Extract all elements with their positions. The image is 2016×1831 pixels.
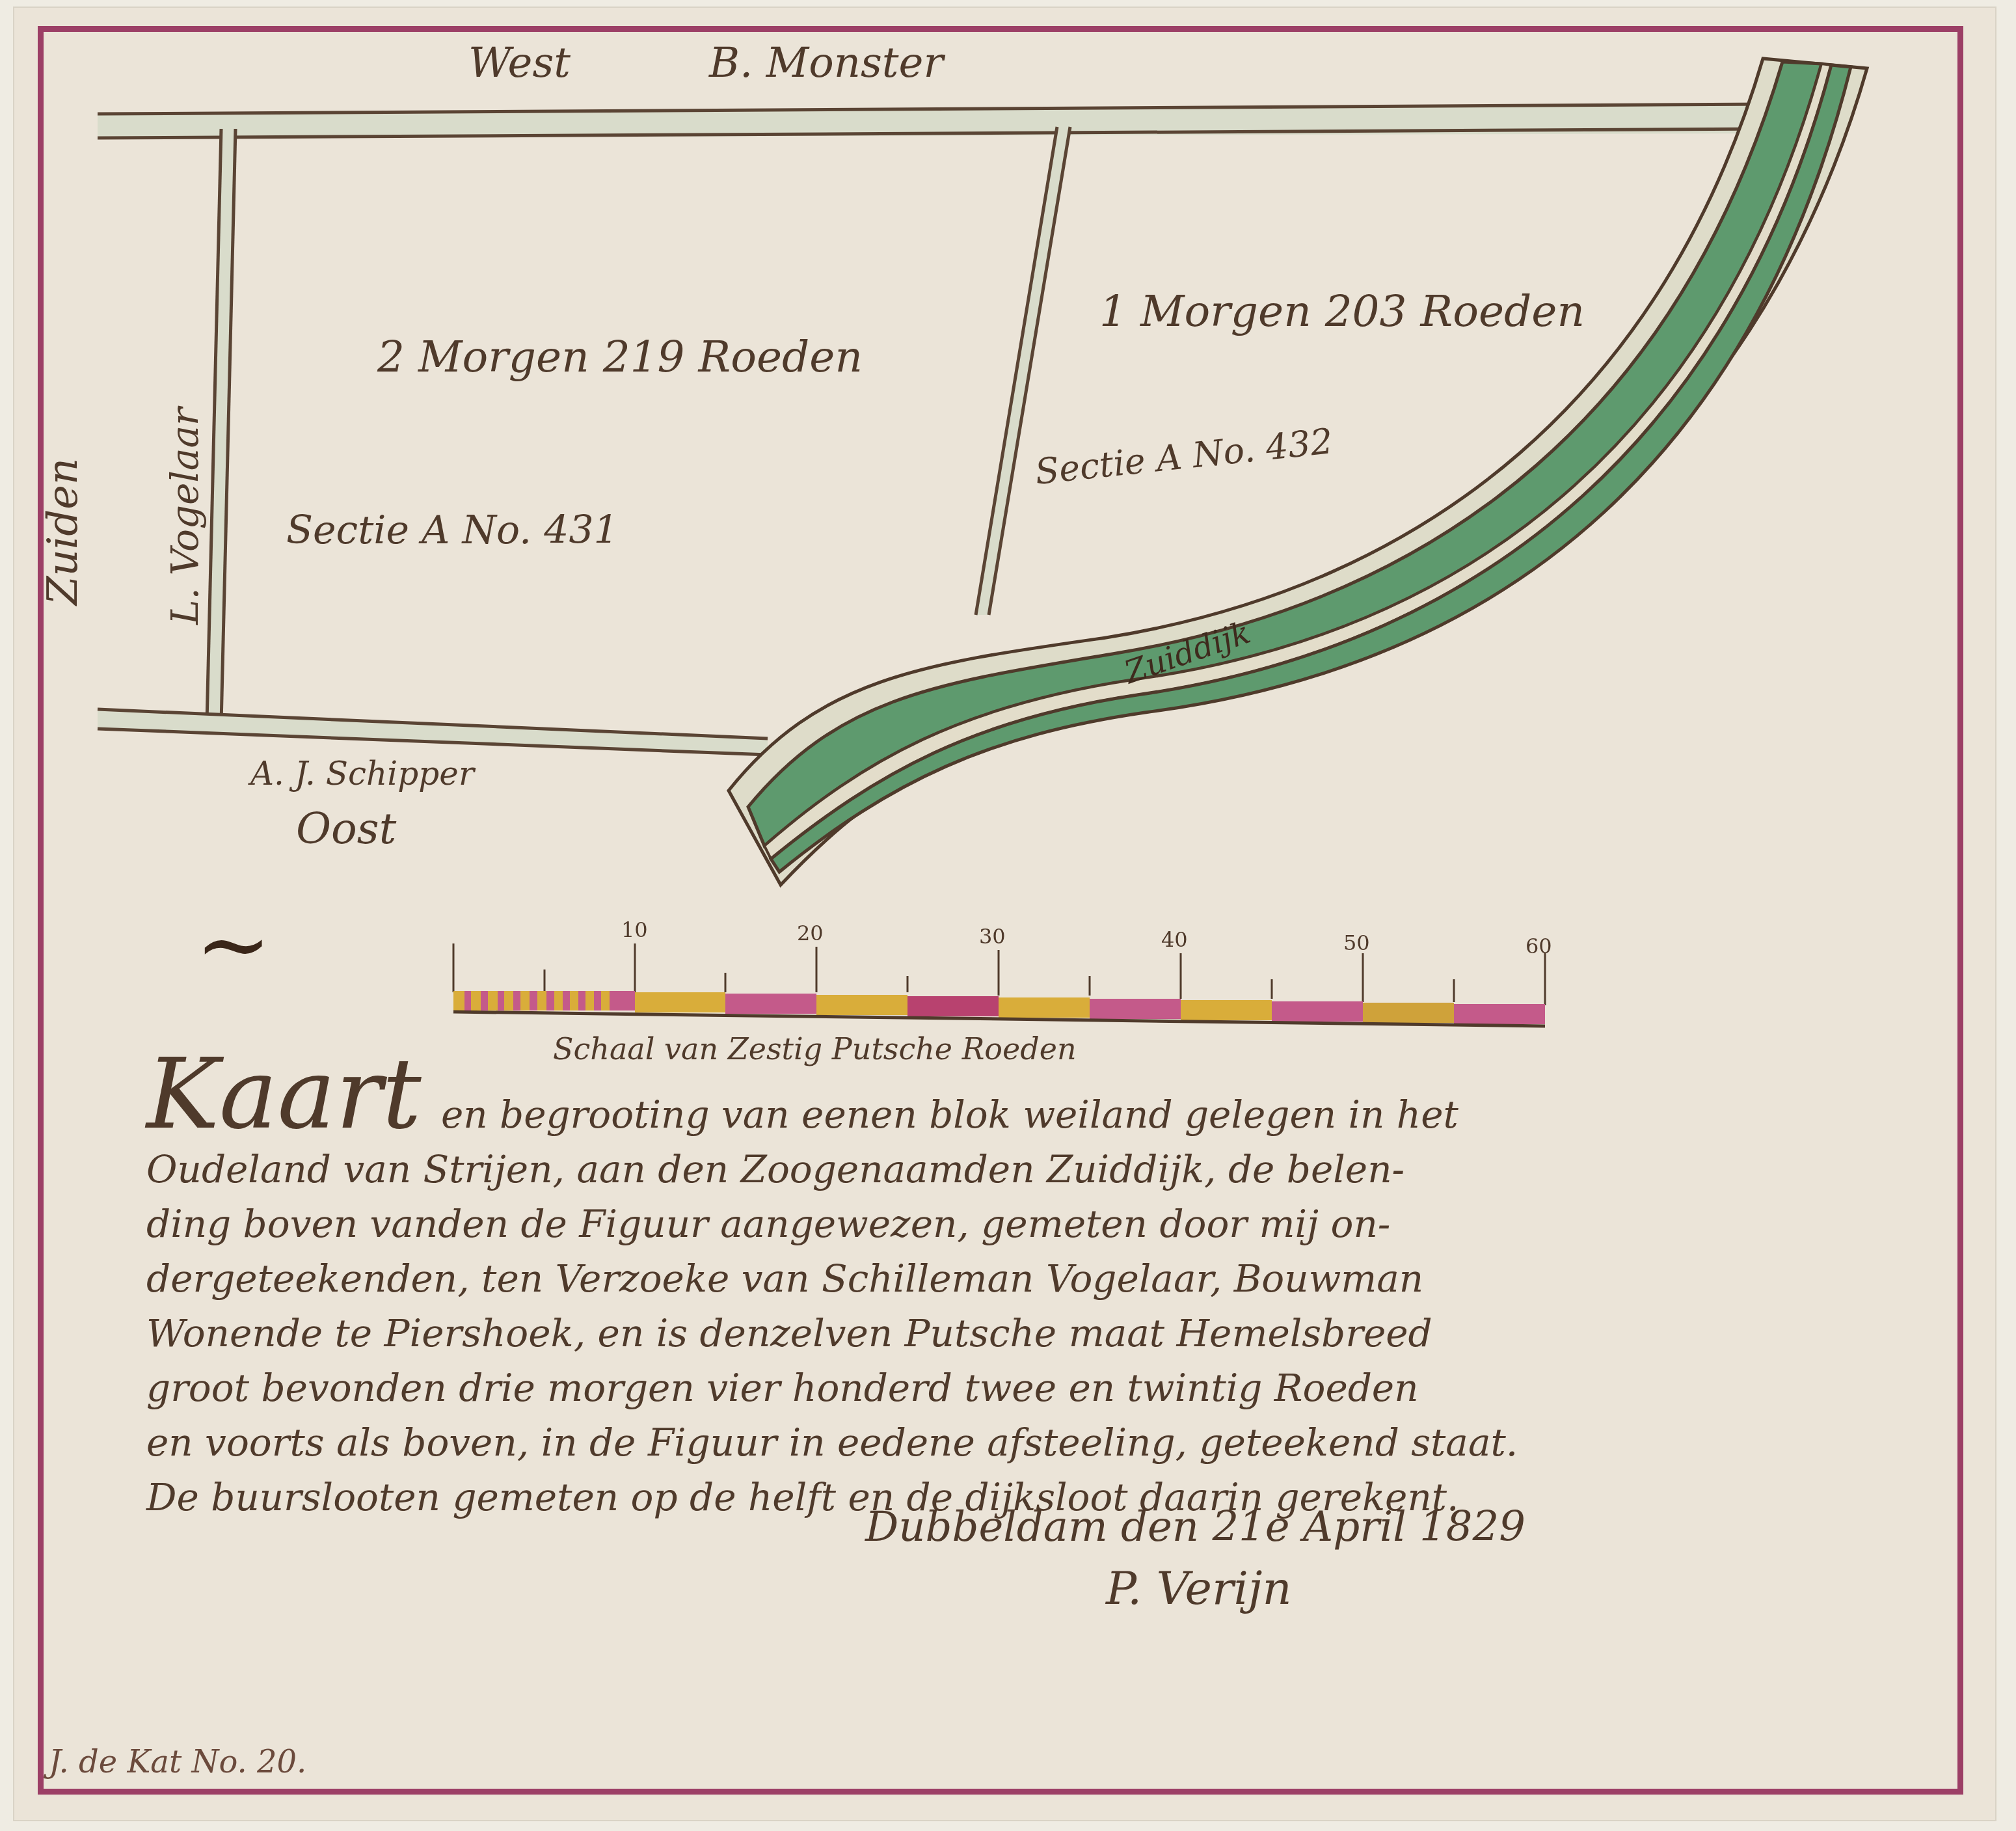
scale-tick-40: 40 bbox=[1161, 927, 1188, 952]
flourish-ornament: ~ bbox=[195, 891, 271, 997]
text-line-2: Oudeland van Strijen, aan den Zoogenaamd… bbox=[146, 1142, 1935, 1197]
neighbor-top-label: B. Monster bbox=[709, 39, 943, 87]
scale-tick-60: 60 bbox=[1525, 934, 1552, 958]
scale-tick-20: 20 bbox=[797, 921, 824, 945]
plot-431-area: 2 Morgen 219 Roeden bbox=[377, 332, 863, 382]
scale-caption: Schaal van Zestig Putsche Roeden bbox=[553, 1031, 1077, 1066]
signature: P. Verijn bbox=[1106, 1562, 1292, 1615]
scale-tick-10: 10 bbox=[621, 917, 648, 942]
orientation-east: Oost bbox=[296, 804, 396, 854]
scale-bar bbox=[453, 943, 1545, 1026]
map-drawing bbox=[0, 0, 2016, 1831]
description-text: Kaart en begrooting van eenen blok weila… bbox=[146, 1067, 1935, 1525]
plot-431-section: Sectie A No. 431 bbox=[286, 508, 619, 553]
text-line-6: groot bevonden drie morgen vier honderd … bbox=[146, 1361, 1935, 1415]
text-line-4: dergeteekenden, ten Verzoeke van Schille… bbox=[146, 1251, 1935, 1306]
neighbor-left-label: L. Vogelaar bbox=[163, 407, 207, 625]
dateline: Dubbeldam den 21e April 1829 bbox=[865, 1503, 1525, 1551]
catalog-mark: J. de Kat No. 20. bbox=[49, 1744, 306, 1780]
orientation-south: Zuiden bbox=[39, 458, 87, 605]
plot-432-area: 1 Morgen 203 Roeden bbox=[1099, 286, 1585, 336]
neighbor-bottom-label: A. J. Schipper bbox=[250, 755, 474, 793]
text-line-5: Wonende te Piershoek, en is denzelven Pu… bbox=[146, 1306, 1935, 1361]
scale-tick-50: 50 bbox=[1343, 930, 1370, 955]
text-line-7: en voorts als boven, in de Figuur in eed… bbox=[146, 1415, 1935, 1470]
text-line-3: ding boven vanden de Figuur aangewezen, … bbox=[146, 1197, 1935, 1251]
orientation-west: West bbox=[468, 39, 571, 87]
title-kaart: Kaart bbox=[146, 1067, 422, 1122]
text-line-1: en begrooting van eenen blok weiland gel… bbox=[441, 1087, 1458, 1142]
scale-tick-30: 30 bbox=[979, 924, 1006, 949]
